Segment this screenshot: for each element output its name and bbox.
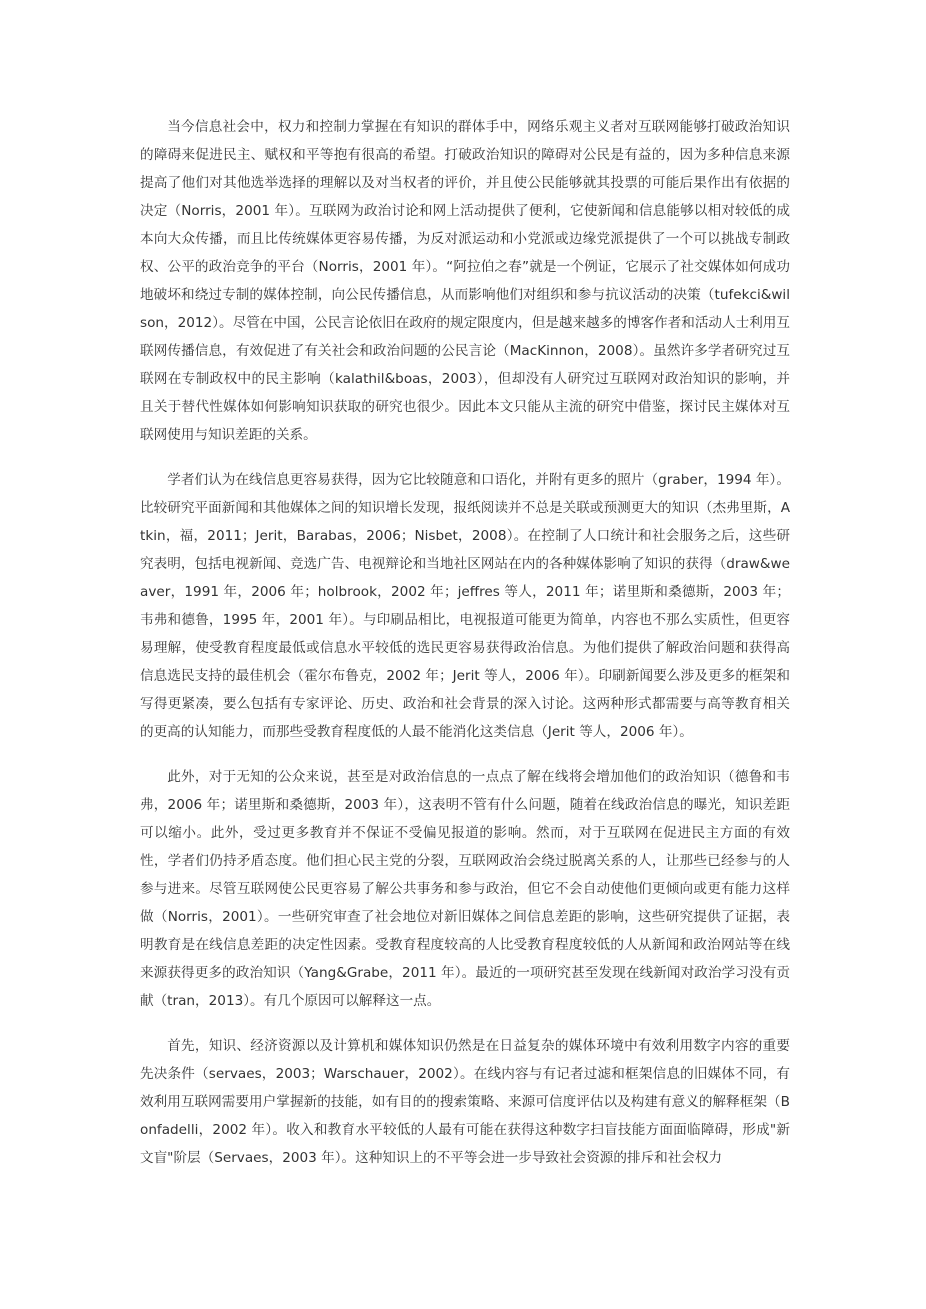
document-body: 当今信息社会中，权力和控制力掌握在有知识的群体手中，网络乐观主义者对互联网能够打… (140, 113, 790, 1189)
paragraph-1: 当今信息社会中，权力和控制力掌握在有知识的群体手中，网络乐观主义者对互联网能够打… (140, 113, 790, 449)
paragraph-3: 此外，对于无知的公众来说，甚至是对政治信息的一点点了解在线将会增加他们的政治知识… (140, 763, 790, 1015)
paragraph-2: 学者们认为在线信息更容易获得，因为它比较随意和口语化，并附有更多的照片（grab… (140, 466, 790, 746)
paragraph-4: 首先，知识、经济资源以及计算机和媒体知识仍然是在日益复杂的媒体环境中有效利用数字… (140, 1032, 790, 1172)
